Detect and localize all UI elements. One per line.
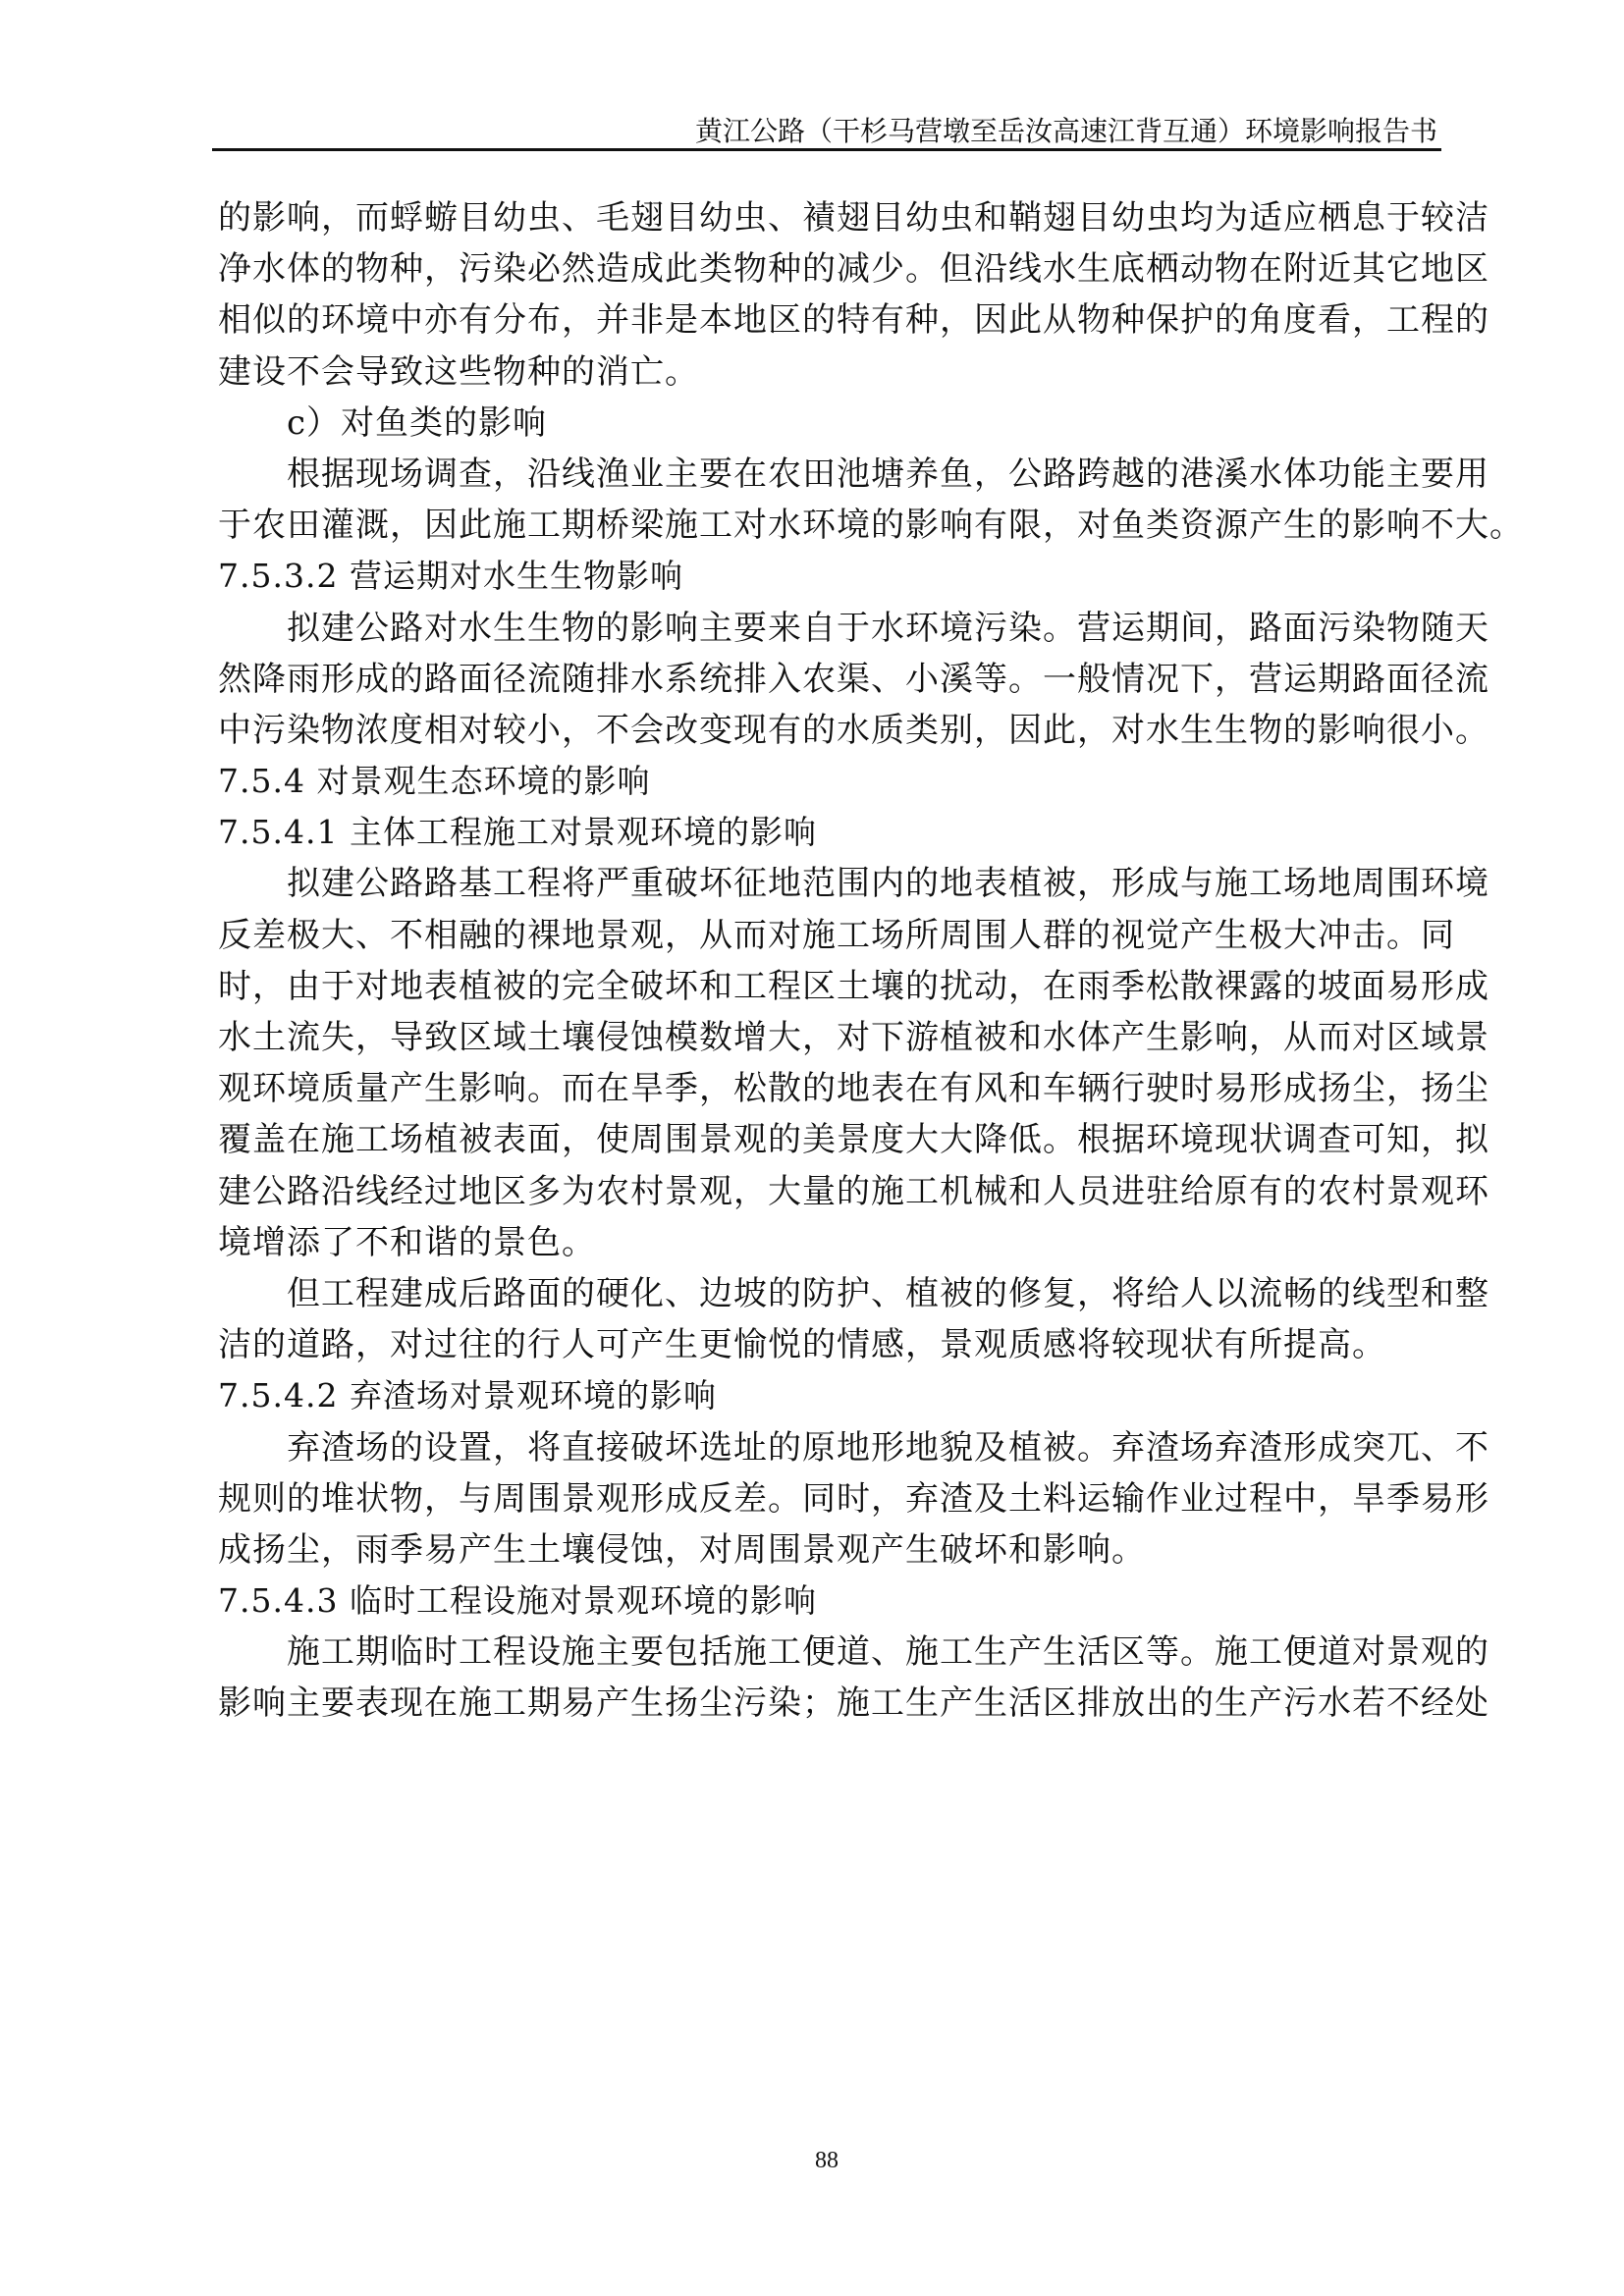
paragraph-line: 建公路沿线经过地区多为农村景观，大量的施工机械和人员进驻给原有的农村景观环 [218, 1166, 1440, 1217]
section-heading-7-5-3-2: 7.5.3.2 营运期对水生生物影响 [218, 551, 1440, 602]
paragraph-line: 成扬尘，雨季易产生土壤侵蚀，对周围景观产生破坏和影响。 [218, 1524, 1440, 1575]
section-heading-7-5-4-2: 7.5.4.2 弃渣场对景观环境的影响 [218, 1370, 1440, 1421]
paragraph-line: 拟建公路路基工程将严重破坏征地范围内的地表植被，形成与施工场地周围环境 [218, 858, 1440, 909]
paragraph-line: 拟建公路对水生生物的影响主要来自于水环境污染。营运期间，路面污染物随天 [218, 603, 1440, 654]
paragraph-line: 净水体的物种，污染必然造成此类物种的减少。但沿线水生底栖动物在附近其它地区 [218, 243, 1440, 294]
paragraph-line: 观环境质量产生影响。而在旱季，松散的地表在有风和车辆行驶时易形成扬尘，扬尘 [218, 1063, 1440, 1114]
paragraph-line: 影响主要表现在施工期易产生扬尘污染；施工生产生活区排放出的生产污水若不经处 [218, 1678, 1440, 1729]
paragraph-line: 水土流失，导致区域土壤侵蚀模数增大，对下游植被和水体产生影响，从而对区域景 [218, 1012, 1440, 1063]
subheading-fish-impact: c）对鱼类的影响 [218, 398, 1440, 449]
paragraph-line: 境增添了不和谐的景色。 [218, 1217, 1440, 1268]
paragraph-line: 时，由于对地表植被的完全破坏和工程区土壤的扰动，在雨季松散裸露的坡面易形成 [218, 961, 1440, 1012]
paragraph-line: 于农田灌溉，因此施工期桥梁施工对水环境的影响有限，对鱼类资源产生的影响不大。 [218, 500, 1440, 551]
paragraph-line: 中污染物浓度相对较小，不会改变现有的水质类别，因此，对水生生物的影响很小。 [218, 705, 1440, 756]
paragraph-line: 根据现场调查，沿线渔业主要在农田池塘养鱼，公路跨越的港溪水体功能主要用 [218, 449, 1440, 500]
section-heading-7-5-4-1: 7.5.4.1 主体工程施工对景观环境的影响 [218, 807, 1440, 858]
page-number: 88 [0, 2148, 1624, 2174]
paragraph-line: 反差极大、不相融的裸地景观，从而对施工场所周围人群的视觉产生极大冲击。同 [218, 910, 1440, 961]
paragraph-line: 的影响，而蜉蝣目幼虫、毛翅目幼虫、襀翅目幼虫和鞘翅目幼虫均为适应栖息于较洁 [218, 192, 1440, 243]
paragraph-line: 施工期临时工程设施主要包括施工便道、施工生产生活区等。施工便道对景观的 [218, 1627, 1440, 1678]
header-divider [212, 148, 1441, 151]
paragraph-line: 但工程建成后路面的硬化、边坡的防护、植被的修复，将给人以流畅的线型和整 [218, 1268, 1440, 1319]
paragraph-line: 相似的环境中亦有分布，并非是本地区的特有种，因此从物种保护的角度看，工程的 [218, 294, 1440, 346]
paragraph-line: 洁的道路，对过往的行人可产生更愉悦的情感，景观质感将较现状有所提高。 [218, 1319, 1440, 1370]
paragraph-line: 建设不会导致这些物种的消亡。 [218, 347, 1440, 398]
document-title: 黄江公路（干杉马营墩至岳汝高速江背互通）环境影响报告书 [695, 110, 1437, 149]
paragraph-line: 然降雨形成的路面径流随排水系统排入农渠、小溪等。一般情况下，营运期路面径流 [218, 654, 1440, 705]
paragraph-line: 覆盖在施工场植被表面，使周围景观的美景度大大降低。根据环境现状调查可知，拟 [218, 1114, 1440, 1165]
paragraph-line: 规则的堆状物，与周围景观形成反差。同时，弃渣及土料运输作业过程中，旱季易形 [218, 1473, 1440, 1524]
page-body: 的影响，而蜉蝣目幼虫、毛翅目幼虫、襀翅目幼虫和鞘翅目幼虫均为适应栖息于较洁 净水… [218, 192, 1440, 1730]
paragraph-line: 弃渣场的设置，将直接破坏选址的原地形地貌及植被。弃渣场弃渣形成突兀、不 [218, 1422, 1440, 1473]
section-heading-7-5-4: 7.5.4 对景观生态环境的影响 [218, 756, 1440, 807]
section-heading-7-5-4-3: 7.5.4.3 临时工程设施对景观环境的影响 [218, 1575, 1440, 1627]
